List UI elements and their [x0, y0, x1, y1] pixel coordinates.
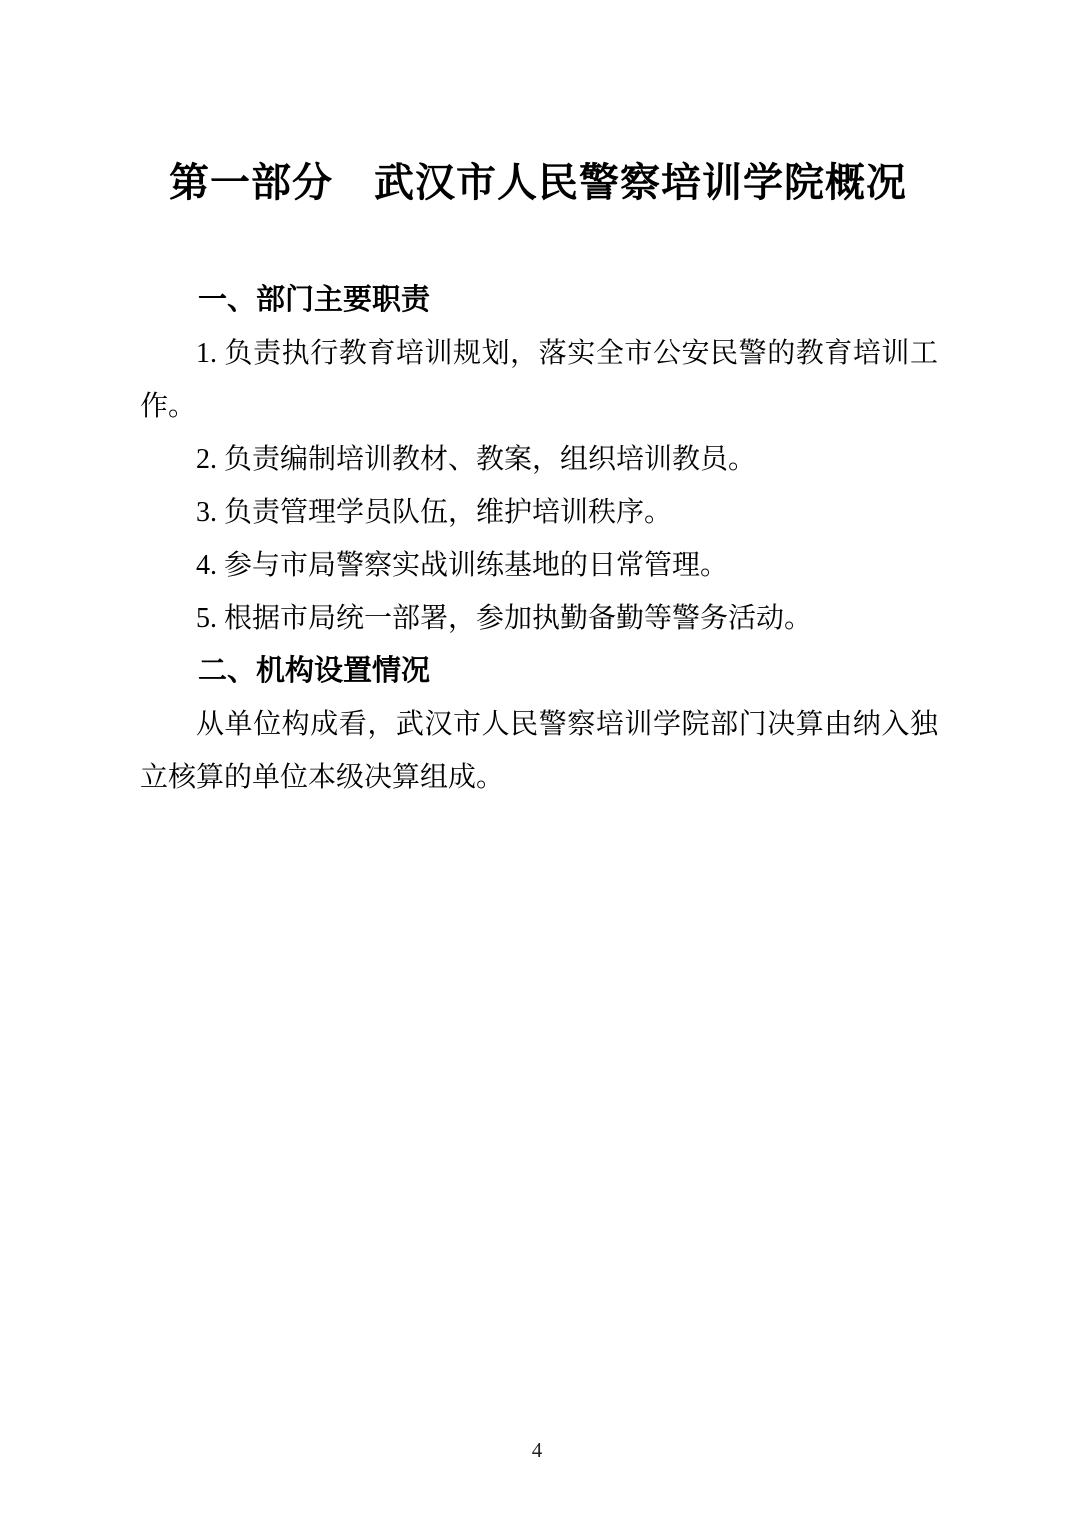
- document-page: 第一部分 武汉市人民警察培训学院概况 一、部门主要职责1. 负责执行教育培训规划…: [0, 0, 1074, 1520]
- paragraph: 2. 负责编制培训教材、教案，组织培训教员。: [140, 433, 938, 486]
- page-number: 4: [0, 1438, 1074, 1463]
- document-title: 第一部分 武汉市人民警察培训学院概况: [140, 158, 936, 208]
- paragraph: 1. 负责执行教育培训规划，落实全市公安民警的教育培训工作。: [140, 327, 938, 433]
- paragraph: 从单位构成看，武汉市人民警察培训学院部门决算由纳入独立核算的单位本级决算组成。: [140, 698, 938, 804]
- document-content: 第一部分 武汉市人民警察培训学院概况 一、部门主要职责1. 负责执行教育培训规划…: [0, 158, 1074, 804]
- paragraph: 5. 根据市局统一部署，参加执勤备勤等警务活动。: [140, 592, 938, 645]
- document-body: 一、部门主要职责1. 负责执行教育培训规划，落实全市公安民警的教育培训工作。2.…: [140, 274, 938, 804]
- paragraph: 4. 参与市局警察实战训练基地的日常管理。: [140, 539, 938, 592]
- paragraph: 3. 负责管理学员队伍，维护培训秩序。: [140, 486, 938, 539]
- section-heading: 一、部门主要职责: [140, 274, 938, 327]
- section-heading: 二、机构设置情况: [140, 645, 938, 698]
